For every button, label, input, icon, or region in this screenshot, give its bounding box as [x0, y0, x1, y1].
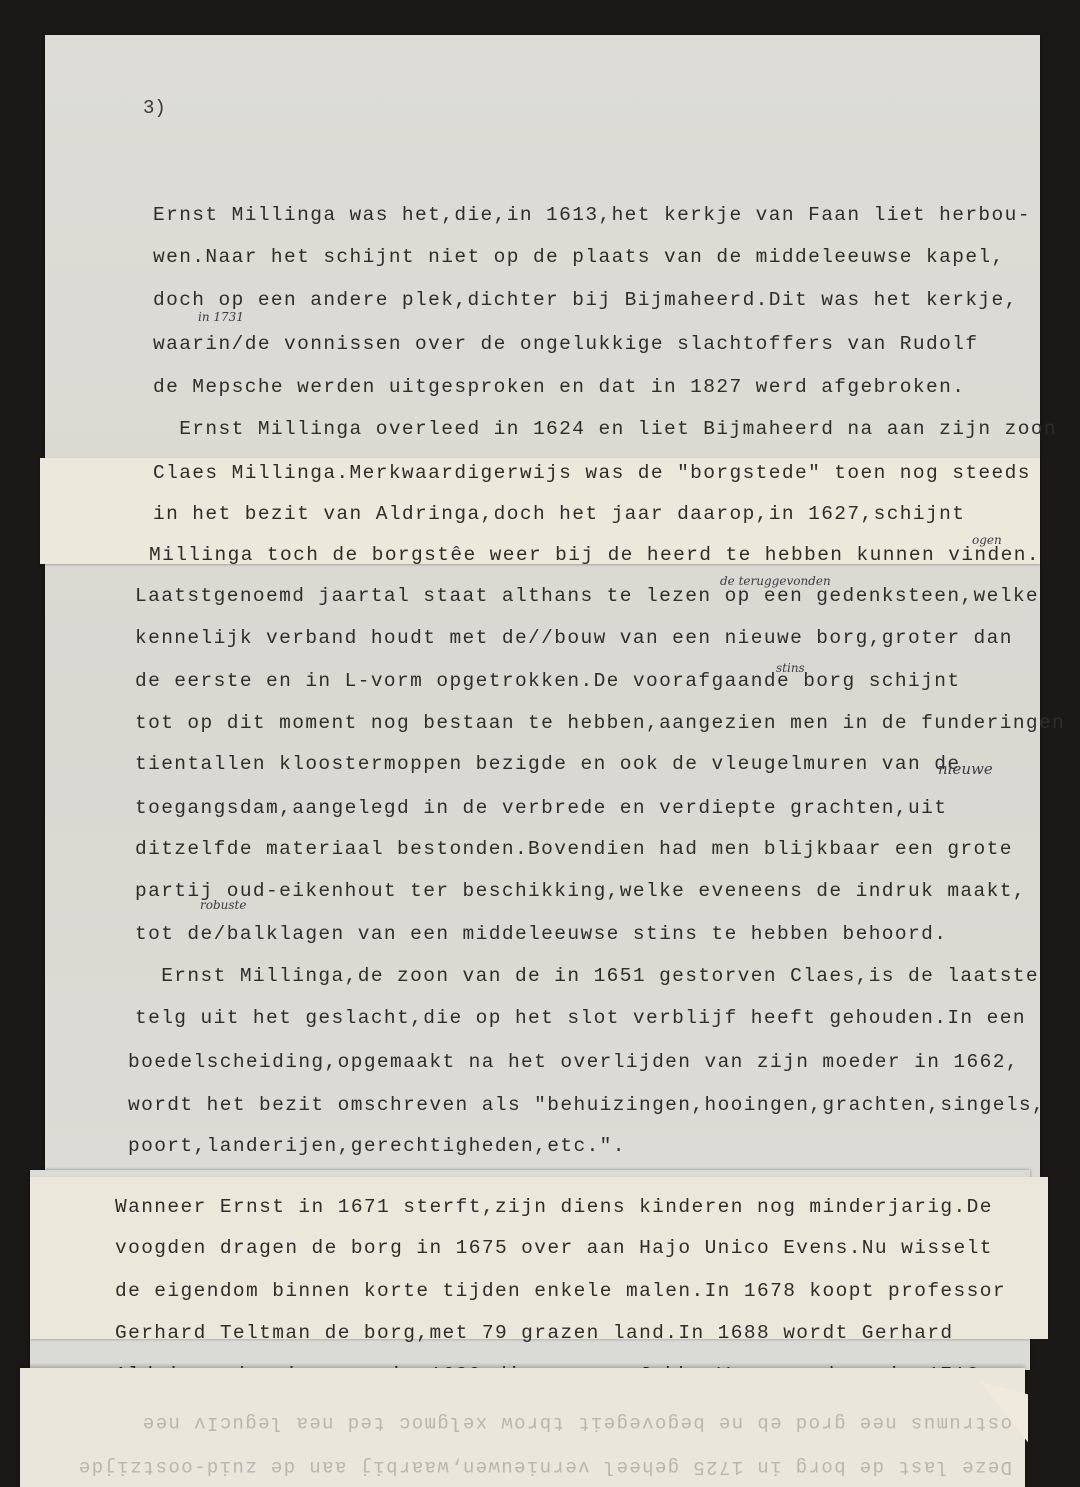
text-line: Claes Millinga.Merkwaardigerwijs was de … — [153, 462, 1031, 484]
text-line: tot de/balklagen van een middeleeuwse st… — [135, 923, 947, 945]
text-line: Millinga toch de borgstêe weer bij de he… — [149, 544, 1040, 566]
handwritten-annotation: in 1731 — [198, 310, 244, 324]
text-line: Ernst Millinga was het,die,in 1613,het k… — [153, 204, 1031, 226]
text-line: telg uit het geslacht,die op het slot ve… — [135, 1007, 1026, 1029]
text-line: partij oud-eikenhout ter beschikking,wel… — [135, 880, 1026, 902]
page-number: 3) — [143, 97, 166, 119]
text-line: de eigendom binnen korte tijden enkele m… — [115, 1280, 1006, 1302]
text-line: doch op een andere plek,dichter bij Bijm… — [153, 289, 1018, 311]
bleed-through-text: Deze last de borg in 1725 geheel vernieu… — [52, 1456, 1012, 1478]
text-line: wen.Naar het schijnt niet op de plaats v… — [153, 246, 1005, 268]
text-line: voogden dragen de borg in 1675 over aan … — [115, 1237, 993, 1259]
text-line: Laatstgenoemd jaartal staat althans te l… — [135, 585, 1039, 607]
text-line: in het bezit van Aldringa,doch het jaar … — [153, 503, 965, 525]
bleed-through-text: ostrumus nee grod eb ne begovegeit tbrow… — [52, 1412, 1012, 1434]
handwritten-annotation: nieuwe — [938, 760, 993, 778]
text-line: waarin/de vonnissen over de ongelukkige … — [153, 333, 978, 355]
text-line: boedelscheiding,opgemaakt na het overlij… — [128, 1051, 1019, 1073]
text-line: poort,landerijen,gerechtigheden,etc.". — [128, 1135, 626, 1157]
text-line: Ernst Millinga,de zoon van de in 1651 ge… — [135, 965, 1039, 987]
text-line: de Mepsche werden uitgesproken en dat in… — [153, 376, 965, 398]
text-line: ditzelfde materiaal bestonden.Bovendien … — [135, 838, 1013, 860]
handwritten-annotation: stins — [776, 661, 805, 675]
handwritten-annotation: ogen — [972, 533, 1002, 547]
handwritten-annotation: de teruggevonden — [720, 574, 831, 588]
text-line: de eerste en in L-vorm opgetrokken.De vo… — [135, 670, 960, 692]
handwritten-annotation: robuste — [200, 898, 246, 912]
text-line: toegangsdam,aangelegd in de verbrede en … — [135, 797, 947, 819]
text-line: wordt het bezit omschreven als "behuizin… — [128, 1094, 1045, 1116]
text-line: kennelijk verband houdt met de//bouw van… — [135, 627, 1013, 649]
text-line: tientallen kloostermoppen bezigde en ook… — [135, 753, 960, 775]
text-line: Wanneer Ernst in 1671 sterft,zijn diens … — [115, 1196, 993, 1218]
text-line: Ernst Millinga overleed in 1624 en liet … — [153, 418, 1057, 440]
text-line: Gerhard Teltman de borg,met 79 grazen la… — [115, 1322, 954, 1344]
text-line: tot op dit moment nog bestaan te hebben,… — [135, 712, 1065, 734]
